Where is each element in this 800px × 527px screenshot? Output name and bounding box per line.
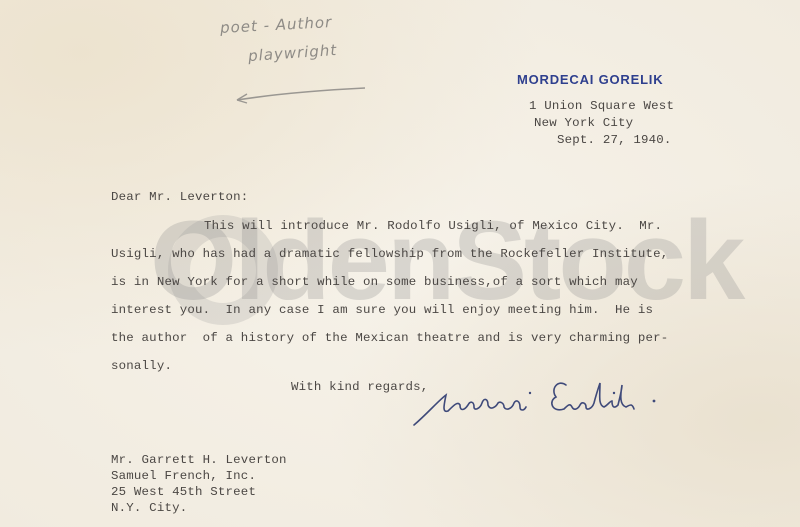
letterhead-name: MORDECAI GORELIK — [517, 72, 663, 87]
body-line: is in New York for a short while on some… — [111, 275, 638, 289]
sender-address-line-1: 1 Union Square West — [529, 99, 674, 113]
pencil-annotation-line-1: poet - Author — [220, 13, 333, 37]
body-line: interest you. In any case I am sure you … — [111, 303, 653, 317]
body-line: the author of a history of the Mexican t… — [111, 331, 668, 345]
recipient-company: Samuel French, Inc. — [111, 469, 256, 483]
body-line: sonally. — [111, 359, 172, 373]
letter-page: OldenStock poet - Author playwright MORD… — [0, 0, 800, 527]
recipient-city: N.Y. City. — [111, 501, 187, 515]
pencil-annotation-line-2: playwright — [247, 41, 337, 65]
body-line: Usigli, who has had a dramatic fellowshi… — [111, 247, 668, 261]
letter-date: Sept. 27, 1940. — [557, 133, 672, 147]
body-line: This will introduce Mr. Rodolfo Usigli, … — [204, 219, 662, 233]
recipient-street: 25 West 45th Street — [111, 485, 256, 499]
sender-address-line-2: New York City — [534, 116, 633, 130]
signature-handwritten — [408, 375, 668, 435]
salutation: Dear Mr. Leverton: — [111, 190, 248, 204]
pencil-arrow-icon — [235, 84, 375, 106]
recipient-name: Mr. Garrett H. Leverton — [111, 453, 287, 467]
